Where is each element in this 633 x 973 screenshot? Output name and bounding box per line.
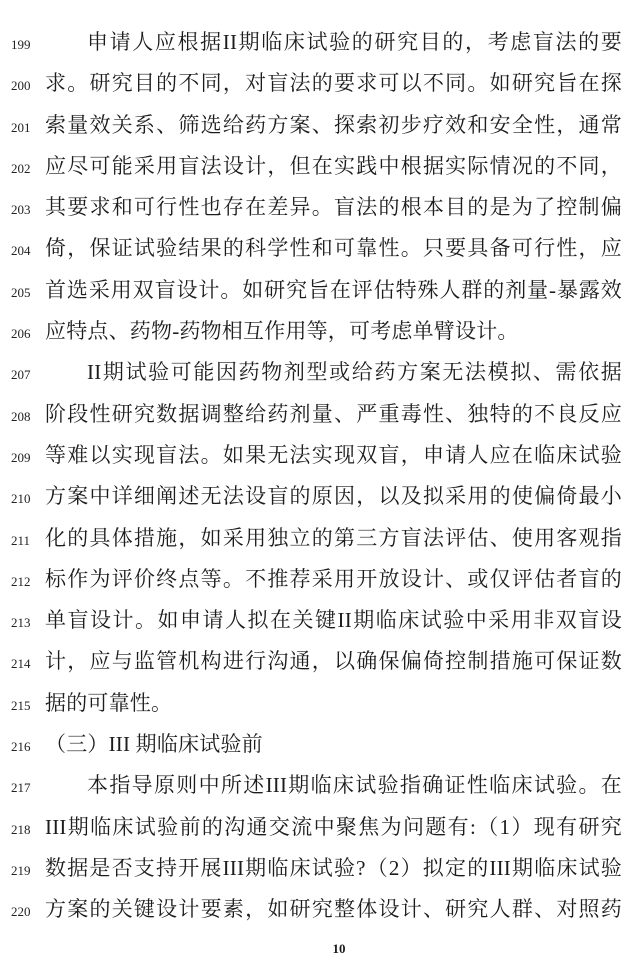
line-text: 等难以实现盲法。如果无法实现双盲，申请人应在临床试验 (45, 435, 633, 476)
line-text: 方案的关键设计要素，如研究整体设计、研究人群、对照药 (45, 889, 633, 930)
line-text: 应特点、药物-药物相互作用等，可考虑单臂设计。 (45, 311, 633, 352)
line-number: 213 (0, 602, 45, 643)
document-line: 219 数据是否支持开展III期临床试验?（2）拟定的III期临床试验 (0, 848, 633, 889)
document-line: 217 本指导原则中所述III期临床试验指确证性临床试验。在 (0, 765, 633, 806)
line-number: 219 (0, 850, 45, 891)
document-line: 218 III期临床试验前的沟通交流中聚焦为问题有:（1）现有研究 (0, 807, 633, 848)
line-number: 201 (0, 107, 45, 148)
line-number: 218 (0, 809, 45, 850)
document-line: 203 其要求和可行性也存在差异。盲法的根本目的是为了控制偏 (0, 187, 633, 228)
line-text: 据的可靠性。 (45, 683, 633, 724)
document-line: 216 （三）III 期临床试验前 (0, 724, 633, 765)
line-text: 申请人应根据II期临床试验的研究目的，考虑盲法的要 (45, 22, 633, 63)
line-number: 202 (0, 148, 45, 189)
line-number: 212 (0, 561, 45, 602)
document-line: 214 计，应与监管机构进行沟通，以确保偏倚控制措施可保证数 (0, 641, 633, 682)
line-number: 215 (0, 685, 45, 726)
line-text: 化的具体措施，如采用独立的第三方盲法评估、使用客观指 (45, 518, 633, 559)
document-line: 199 申请人应根据II期临床试验的研究目的，考虑盲法的要 (0, 22, 633, 63)
line-number: 205 (0, 272, 45, 313)
document-line: 202 应尽可能采用盲法设计，但在实践中根据实际情况的不同， (0, 146, 633, 187)
line-text: II期试验可能因药物剂型或给药方案无法模拟、需依据 (45, 352, 633, 393)
document-line: 212 标作为评价终点等。不推荐采用开放设计、或仅评估者盲的 (0, 559, 633, 600)
page-number: 10 (333, 941, 346, 956)
document-line: 220 方案的关键设计要素，如研究整体设计、研究人群、对照药 (0, 889, 633, 930)
document-line: 204 倚，保证试验结果的科学性和可靠性。只要具备可行性，应 (0, 228, 633, 269)
line-text: 应尽可能采用盲法设计，但在实践中根据实际情况的不同， (45, 146, 633, 187)
document-line: 205 首选采用双盲设计。如研究旨在评估特殊人群的剂量-暴露效 (0, 270, 633, 311)
line-number: 217 (0, 767, 45, 808)
document-line: 207 II期试验可能因药物剂型或给药方案无法模拟、需依据 (0, 352, 633, 393)
line-text: 求。研究目的不同，对盲法的要求可以不同。如研究旨在探 (45, 63, 633, 104)
line-number: 209 (0, 437, 45, 478)
line-number: 220 (0, 891, 45, 932)
line-number: 199 (0, 24, 45, 65)
line-text: （三）III 期临床试验前 (45, 724, 633, 765)
document-page: 199 申请人应根据II期临床试验的研究目的，考虑盲法的要 200 求。研究目的… (0, 0, 633, 973)
document-line: 208 阶段性研究数据调整给药剂量、严重毒性、独特的不良反应 (0, 394, 633, 435)
line-number: 206 (0, 313, 45, 354)
line-number: 207 (0, 354, 45, 395)
document-line: 213 单盲设计。如申请人拟在关键II期临床试验中采用非双盲设 (0, 600, 633, 641)
line-text: 索量效关系、筛选给药方案、探索初步疗效和安全性，通常 (45, 105, 633, 146)
document-line: 201 索量效关系、筛选给药方案、探索初步疗效和安全性，通常 (0, 105, 633, 146)
line-text: 阶段性研究数据调整给药剂量、严重毒性、独特的不良反应 (45, 394, 633, 435)
page-footer: 10 (55, 940, 623, 958)
document-line: 200 求。研究目的不同，对盲法的要求可以不同。如研究旨在探 (0, 63, 633, 104)
line-number: 210 (0, 478, 45, 519)
line-number: 204 (0, 230, 45, 271)
line-text: 数据是否支持开展III期临床试验?（2）拟定的III期临床试验 (45, 848, 633, 889)
line-text: 其要求和可行性也存在差异。盲法的根本目的是为了控制偏 (45, 187, 633, 228)
line-text: 计，应与监管机构进行沟通，以确保偏倚控制措施可保证数 (45, 641, 633, 682)
line-text: 倚，保证试验结果的科学性和可靠性。只要具备可行性，应 (45, 228, 633, 269)
line-number: 203 (0, 189, 45, 230)
line-text: 方案中详细阐述无法设盲的原因，以及拟采用的使偏倚最小 (45, 476, 633, 517)
line-number: 200 (0, 65, 45, 106)
document-line: 210 方案中详细阐述无法设盲的原因，以及拟采用的使偏倚最小 (0, 476, 633, 517)
line-text: III期临床试验前的沟通交流中聚焦为问题有:（1）现有研究 (45, 807, 633, 848)
line-number: 208 (0, 396, 45, 437)
line-text: 单盲设计。如申请人拟在关键II期临床试验中采用非双盲设 (45, 600, 633, 641)
line-text: 首选采用双盲设计。如研究旨在评估特殊人群的剂量-暴露效 (45, 270, 633, 311)
line-number: 214 (0, 643, 45, 684)
document-line: 211 化的具体措施，如采用独立的第三方盲法评估、使用客观指 (0, 518, 633, 559)
line-text: 本指导原则中所述III期临床试验指确证性临床试验。在 (45, 765, 633, 806)
document-line: 209 等难以实现盲法。如果无法实现双盲，申请人应在临床试验 (0, 435, 633, 476)
line-number: 216 (0, 726, 45, 767)
line-text: 标作为评价终点等。不推荐采用开放设计、或仅评估者盲的 (45, 559, 633, 600)
document-line: 206 应特点、药物-药物相互作用等，可考虑单臂设计。 (0, 311, 633, 352)
document-line: 215 据的可靠性。 (0, 683, 633, 724)
line-number: 211 (0, 520, 45, 561)
document-body: 199 申请人应根据II期临床试验的研究目的，考虑盲法的要 200 求。研究目的… (0, 22, 633, 931)
